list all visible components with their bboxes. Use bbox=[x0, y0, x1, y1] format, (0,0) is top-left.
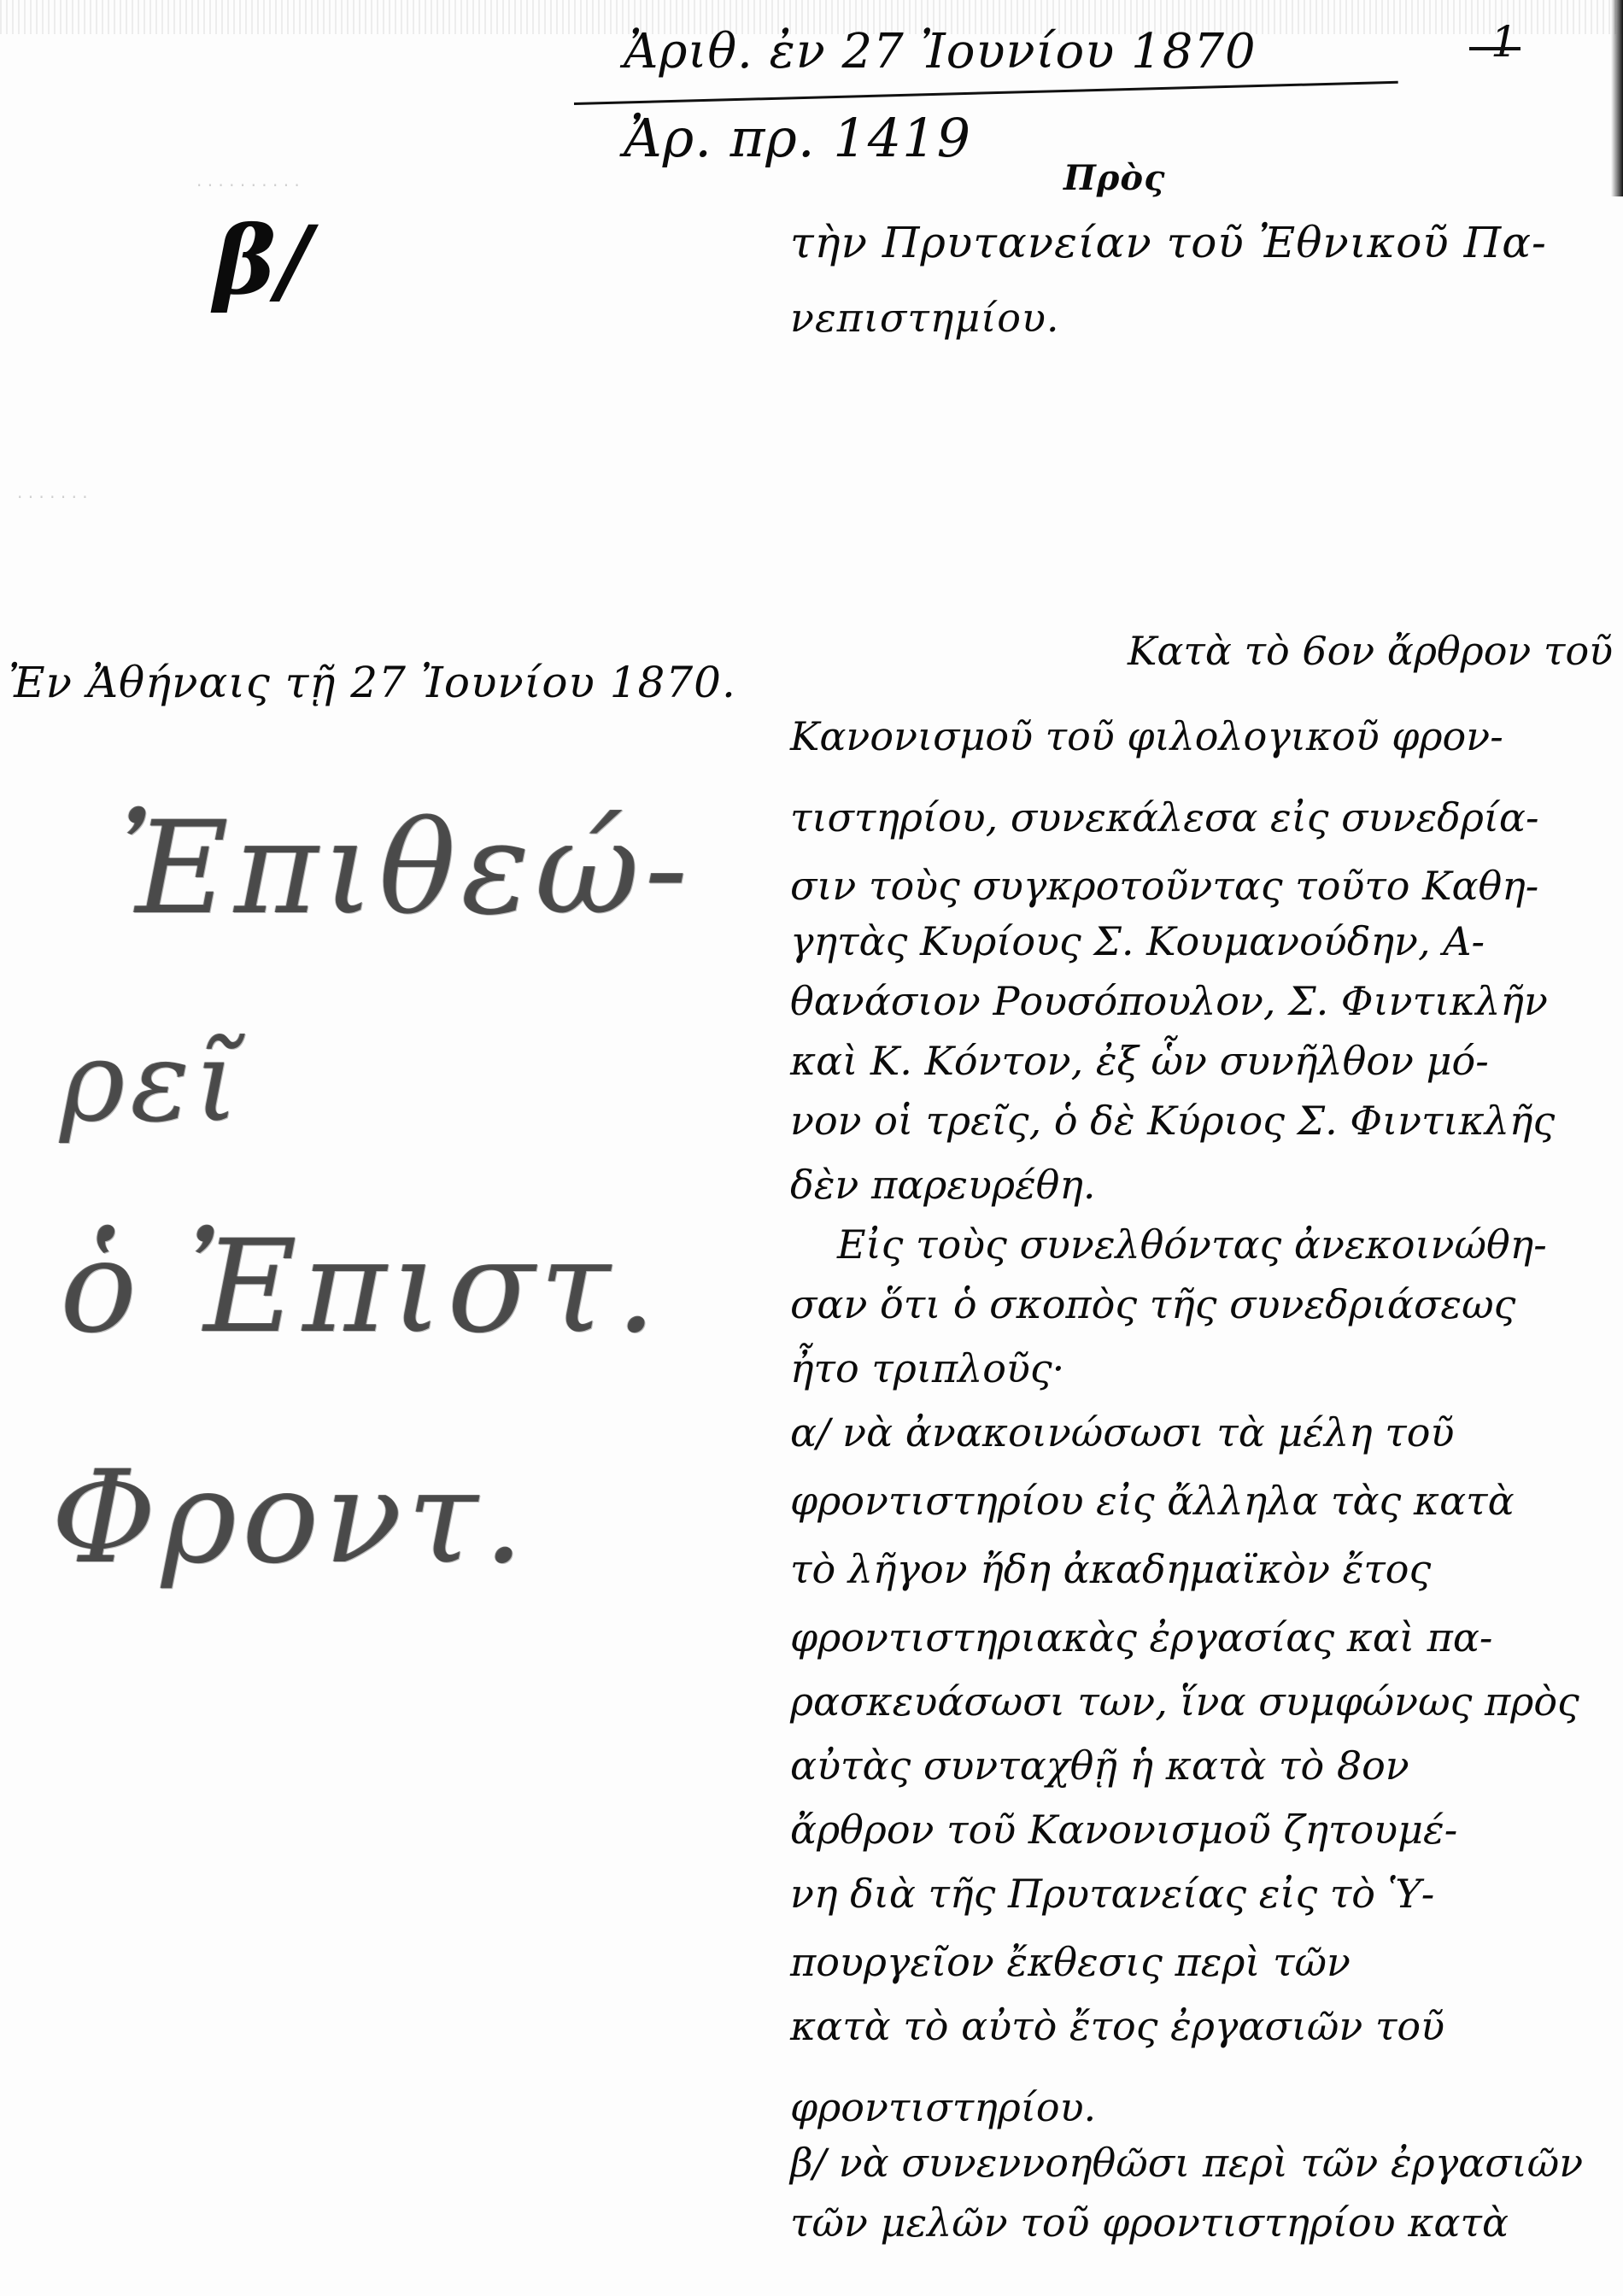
place-date: Ἐν Ἀθήναις τῇ 27 Ἰουνίου 1870. bbox=[9, 658, 736, 707]
bleedthrough-text: · · · · · · · · · · bbox=[196, 175, 300, 196]
body-line: γητὰς Κυρίους Σ. Κουμανούδην, Α- bbox=[790, 918, 1485, 964]
scan-dark-edge bbox=[1611, 0, 1623, 196]
addressee-line-2: νεπιστημίου. bbox=[790, 295, 1060, 341]
body-line: Κανονισμοῦ τοῦ φιλολογικοῦ φρον- bbox=[790, 713, 1503, 759]
section-mark: β/ bbox=[214, 205, 312, 315]
body-line: φροντιστηρίου εἰς ἄλληλα τὰς κατὰ bbox=[790, 1478, 1515, 1524]
body-line: Εἰς τοὺς συνελθόντας ἀνεκοινώθη- bbox=[837, 1221, 1547, 1268]
body-line: τῶν μελῶν τοῦ φροντιστηρίου κατὰ bbox=[790, 2199, 1509, 2246]
body-line: δὲν παρευρέθη. bbox=[790, 1162, 1096, 1208]
margin-annotation-line: Ἐπιθεώ- bbox=[120, 794, 693, 943]
body-line: φροντιστηριακὰς ἐργασίας καὶ πα- bbox=[790, 1614, 1492, 1660]
body-line: α/ νὰ ἀνακοινώσωσι τὰ μέλη τοῦ bbox=[790, 1409, 1454, 1455]
body-line: φροντιστηρίου. bbox=[790, 2084, 1096, 2130]
body-line: ρασκευάσωσι των, ἵνα συμφώνως πρὸς bbox=[790, 1678, 1579, 1725]
body-line: σιν τοὺς συγκροτοῦντας τοῦτο Καθη- bbox=[790, 863, 1538, 909]
body-line: ἄρθρον τοῦ Κανονισμοῦ ζητουμέ- bbox=[790, 1807, 1457, 1853]
margin-annotation-line: Φροντ. bbox=[51, 1444, 529, 1592]
page-number: 1 bbox=[1491, 17, 1519, 67]
body-line: σαν ὅτι ὁ σκοπὸς τῆς συνεδριάσεως bbox=[790, 1281, 1515, 1327]
header-note: Ἀριθ. ἐν 27 Ἰουνίου 1870 bbox=[624, 24, 1257, 79]
page-number-underline bbox=[1469, 47, 1520, 50]
body-line: κατὰ τὸ αὐτὸ ἔτος ἐργασιῶν τοῦ bbox=[790, 2003, 1444, 2049]
body-line: καὶ Κ. Κόντον, ἐξ ὧν συνῆλθον μό- bbox=[790, 1038, 1489, 1084]
body-line: τιστηρίου, συνεκάλεσα εἰς συνεδρία- bbox=[790, 794, 1539, 840]
body-line: τὸ λῆγον ἤδη ἀκαδημαϊκὸν ἔτος bbox=[790, 1546, 1431, 1592]
body-line: αὐτὰς συνταχθῇ ἡ κατὰ τὸ 8ον bbox=[790, 1742, 1409, 1789]
body-line: νη διὰ τῆς Πρυτανείας εἰς τὸ Ὑ- bbox=[790, 1871, 1434, 1917]
addressee-line-1: τὴν Πρυτανείαν τοῦ Ἐθνικοῦ Πα- bbox=[790, 218, 1547, 267]
addressee-prefix: Πρὸς bbox=[1063, 158, 1165, 198]
scanned-document-page: Ἀριθ. ἐν 27 Ἰουνίου 1870 1 Ἀρ. πρ. 1419 … bbox=[0, 0, 1623, 2296]
protocol-number: Ἀρ. πρ. 1419 bbox=[624, 107, 971, 169]
body-line: πουργεῖον ἔκθεσις περὶ τῶν bbox=[790, 1939, 1351, 1985]
body-line: νον οἱ τρεῖς, ὁ δὲ Κύριος Σ. Φιντικλῆς bbox=[790, 1098, 1555, 1144]
body-line: ἦτο τριπλοῦς· bbox=[790, 1345, 1064, 1391]
body-line: β/ νὰ συνεννοηθῶσι περὶ τῶν ἐργασιῶν bbox=[790, 2140, 1583, 2186]
margin-annotation-line: ὁ Ἐπιστ. bbox=[60, 1213, 661, 1362]
bleedthrough-text: · · · · · · · bbox=[17, 487, 88, 507]
header-divider bbox=[574, 81, 1398, 105]
body-line: θανάσιον Ρουσόπουλον, Σ. Φιντικλῆν bbox=[790, 978, 1548, 1024]
body-line: Κατὰ τὸ 6ον ἄρθρον τοῦ bbox=[1128, 628, 1613, 674]
margin-annotation-line: ρεῖ bbox=[60, 1016, 243, 1146]
